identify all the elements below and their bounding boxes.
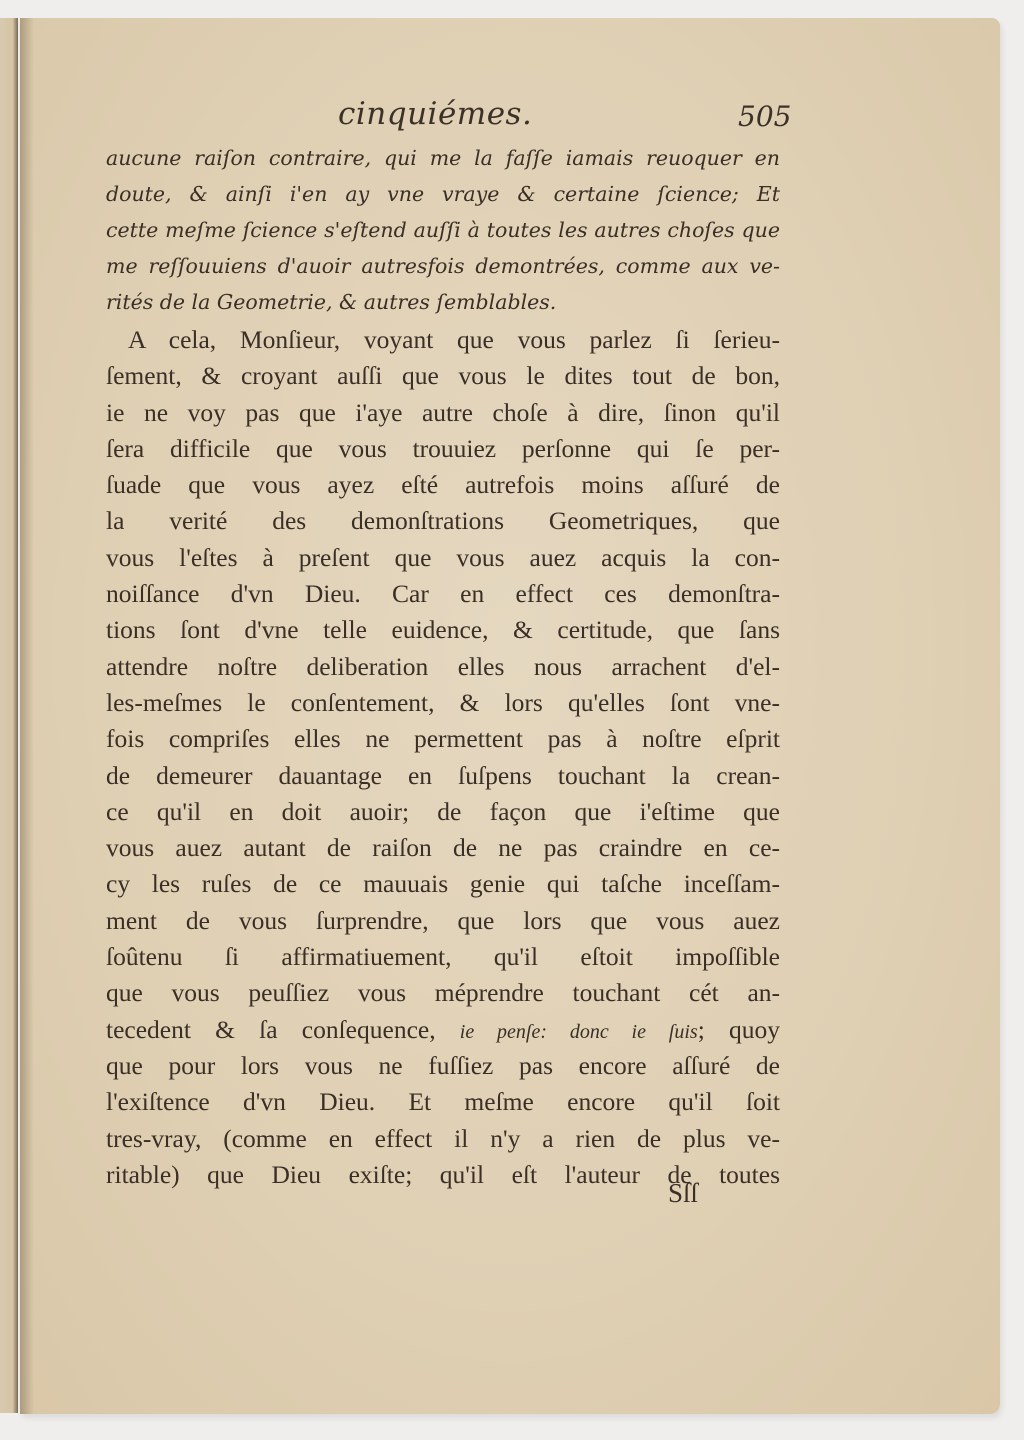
text-line: ie ne voy pas que i'aye autre choſe à di…: [106, 395, 780, 431]
text-line: noiſſance d'vn Dieu. Car en effect ces d…: [106, 576, 780, 612]
text-line: tres-vray, (comme en effect il n'y a rie…: [106, 1121, 780, 1157]
text-segment: ; quoy: [698, 1015, 780, 1044]
signature-mark: Sſſ: [668, 1178, 698, 1209]
running-head: cinquiémes.: [338, 96, 532, 132]
text-line: l'exiſtence d'vn Dieu. Et meſme encore q…: [106, 1084, 780, 1120]
text-line: la verité des demonſtrations Geometrique…: [106, 503, 780, 539]
text-line: attendre noſtre deliberation elles nous …: [106, 649, 780, 685]
text-line: aucune raiſon contraire, qui me la faſſe…: [106, 140, 780, 176]
text-line: ſoûtenu ſi affirmatiuement, qu'il eſtoit…: [106, 939, 780, 975]
page-header: cinquiémes. 505: [20, 96, 1000, 146]
text-line: ſement, & croyant auſſi que vous le dite…: [106, 358, 780, 394]
page-number: 505: [738, 100, 791, 133]
text-line: me reſſouuiens d'auoir autresfois demont…: [106, 248, 780, 284]
text-line-with-quote: tecedent & ſa conſequence, ie penſe: don…: [106, 1012, 780, 1048]
italic-passage: aucune raiſon contraire, qui me la faſſe…: [106, 140, 780, 320]
text-line: les-meſmes le conſentement, & lors qu'el…: [106, 685, 780, 721]
cogito-quote: ie penſe: donc ie ſuis: [460, 1021, 698, 1043]
text-line: que pour lors vous ne fuſſiez pas encore…: [106, 1048, 780, 1084]
text-line: cette meſme ſcience s'eſtend auſſi à tou…: [106, 212, 780, 248]
text-line: rités de la Geometrie, & autres ſemblabl…: [106, 284, 780, 320]
text-line: ce qu'il en doit auoir; de façon que i'e…: [106, 794, 780, 830]
text-line: ſera difficile que vous trouuiez perſonn…: [106, 431, 780, 467]
text-line: ment de vous ſurprendre, que lors que vo…: [106, 903, 780, 939]
text-segment: tecedent & ſa conſequence,: [106, 1015, 436, 1044]
previous-page-edge: [0, 18, 18, 1413]
text-line: que vous peuſſiez vous méprendre touchan…: [106, 975, 780, 1011]
paragraph-first-line: A cela, Monſieur, voyant que vous parlez…: [106, 322, 780, 358]
text-line: ſuade que vous ayez eſté autrefois moins…: [106, 467, 780, 503]
text-line: cy les ruſes de ce mauuais genie qui taſ…: [106, 866, 780, 902]
roman-passage: A cela, Monſieur, voyant que vous parlez…: [106, 322, 780, 1193]
text-line: tions ſont d'vne telle euidence, & certi…: [106, 612, 780, 648]
text-line: fois compriſes elles ne permettent pas à…: [106, 721, 780, 757]
text-line: vous auez autant de raiſon de ne pas cra…: [106, 830, 780, 866]
text-line: de demeurer dauantage en ſuſpens touchan…: [106, 758, 780, 794]
text-line: doute, & ainſi i'en ay vne vraye & certa…: [106, 176, 780, 212]
text-line: vous l'eſtes à preſent que vous auez acq…: [106, 540, 780, 576]
text-block: aucune raiſon contraire, qui me la faſſe…: [106, 140, 780, 1193]
